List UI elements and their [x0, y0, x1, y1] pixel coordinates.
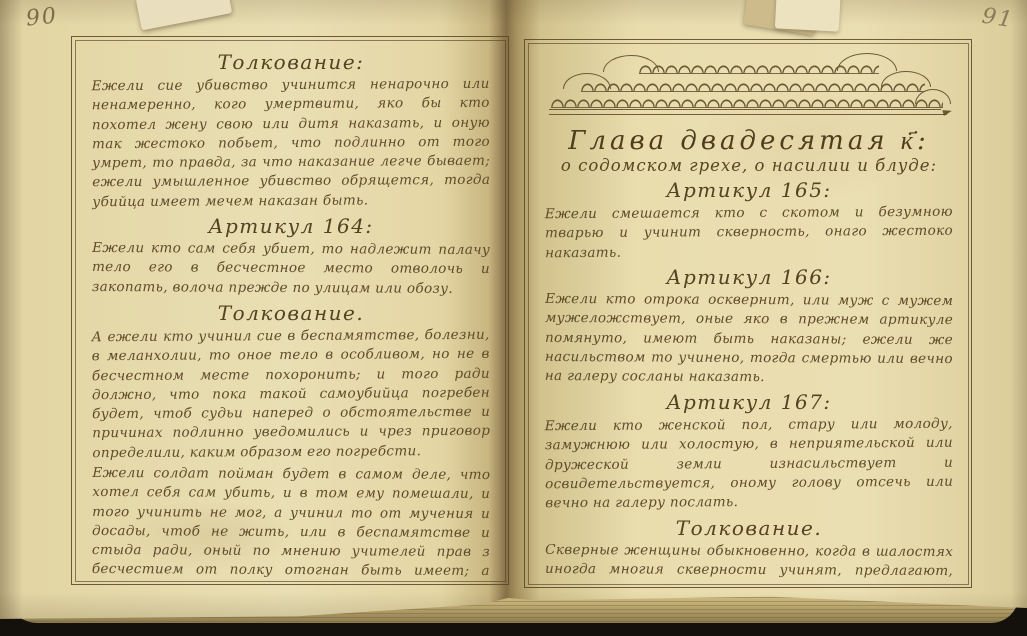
page-number-right: 91	[980, 4, 1016, 34]
ornament-scallop-row	[639, 64, 879, 74]
manuscript-paragraph: А ежели кто учинил сие в беспамятстве, б…	[92, 326, 491, 464]
section-heading: Артикул 167:	[545, 390, 953, 414]
section-heading: Толкование:	[92, 50, 490, 74]
right-page-text: Глава двадесятая к҃: о содомском грехе, …	[529, 44, 967, 583]
open-book: 90 91 Толкование: Ежели сие убивство учи…	[0, 0, 1027, 636]
right-page-frame: Глава двадесятая к҃: о содомском грехе, …	[524, 39, 972, 588]
manuscript-paragraph: Ежели кто отрока осквернит, или муж с му…	[545, 290, 953, 389]
scalloped-headpiece-ornament	[547, 52, 951, 122]
ornament-scallop-row	[551, 98, 943, 108]
chapter-subheading: о содомском грехе, о насилии и блуде:	[545, 156, 953, 175]
protruding-page-tab	[136, 0, 232, 30]
manuscript-paragraph: Ежели кто сам себя убиет, то надлежит па…	[92, 239, 490, 299]
section-heading: Артикул 165:	[545, 178, 953, 202]
manuscript-paragraph: Скверные женщины обыкновенно, когда в ша…	[545, 541, 953, 583]
ornament-rule-line	[549, 109, 941, 110]
protruding-page-tab	[775, 0, 841, 32]
page-number-left: 90	[25, 3, 59, 31]
ornament-flourish-tip	[942, 108, 952, 116]
manuscript-paragraph: Ежели солдат пойман будет в самом деле, …	[92, 464, 491, 580]
section-heading: Артикул 166:	[545, 265, 953, 289]
section-heading: Толкование.	[545, 516, 953, 540]
manuscript-paragraph: Ежели смешается кто с скотом и безумною …	[545, 203, 953, 263]
chapter-heading: Глава двадесятая к҃:	[545, 126, 953, 156]
left-page-text: Толкование: Ежели сие убивство учинится …	[76, 41, 504, 580]
left-page-frame: Толкование: Ежели сие убивство учинится …	[71, 36, 509, 585]
ornament-scallop-row	[581, 82, 925, 92]
manuscript-paragraph: Ежели кто женской пол, стару или молоду,…	[545, 415, 954, 514]
ornament-rule-line	[549, 114, 947, 115]
section-heading: Артикул 164:	[92, 214, 490, 238]
manuscript-photo: 90 91 Толкование: Ежели сие убивство учи…	[0, 0, 1027, 636]
manuscript-paragraph: Ежели сие убивство учинится ненарочно ил…	[92, 75, 491, 213]
section-heading: Толкование.	[92, 301, 490, 325]
